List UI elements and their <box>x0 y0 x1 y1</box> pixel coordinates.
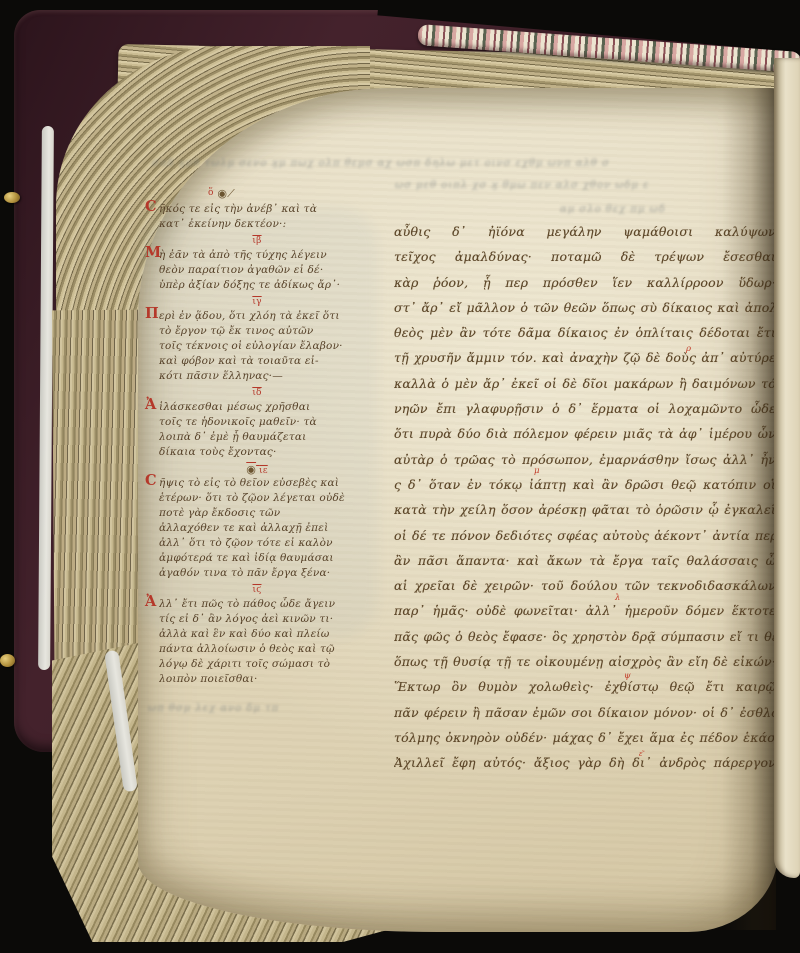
text-line: τοῖς τε ἡδονικοῖς μαθεῖν· τὰ <box>159 415 368 430</box>
text-line: ὴ ἐᾶν τὰ ἀπὸ τῆς τύχης λέγειν <box>159 248 368 263</box>
paragraph-initial: Μ <box>145 246 161 260</box>
text-line: τοῖς τέκνοις οἱ εὐλογίαν ἔλαβον· <box>159 339 368 354</box>
main-text-line-text: Ἕκτωρ ὃν θυμὸν χολωθεὶς· ἐχθίστῳ θεῷ ἔτι… <box>394 679 776 694</box>
chapter-number: ιϛ <box>146 583 368 595</box>
chapter-number: ιβ <box>146 234 368 246</box>
ghost-text-line: αμ σλο θεχ πμ ωδ <box>560 204 772 215</box>
clasp-pin-top <box>4 192 20 203</box>
main-text-line: τεῖχος ἀμαλδύνας· ποταμῶ δὲ τρέψων ἔσεσθ… <box>394 244 776 269</box>
paragraph-initial: Ἀ <box>145 595 156 609</box>
main-text-line: πᾶς φῶς ὁ θεὸς ἔφασε· ὃς χρηστὸν δρᾷ σύμ… <box>394 624 776 649</box>
main-text-line: παρ᾽ ἡμᾶς· οὐδὲ φωνεῖται· ἀλλ᾽ ἡμεροῦν δ… <box>394 598 776 623</box>
main-text-line: κατὰ τὴν χείλη ὅσον ἀρέσκῃ φᾶται τὸ ὁρῶσ… <box>394 497 776 522</box>
text-line: τὸ ἔργον τῷ ἔκ τινος αὐτῶν <box>159 324 368 339</box>
text-line: λλ᾽ ἔτι πῶς τὸ πάθος ὧδε ἄγειν <box>159 597 368 612</box>
summary-paragraph: Ἀλλ᾽ ἔτι πῶς τὸ πάθος ὧδε ἄγειντίς εἰ δ᾽… <box>146 597 368 687</box>
text-line: ἱλάσκεσθαι μέσως χρῆσθαι <box>159 400 368 415</box>
main-text-line: Ὣς δ᾽ ὅταν ἐν τόκῳ ἰάπτῃ καὶ ἂν δρῶσι θε… <box>394 472 776 497</box>
summary-paragraph: Ϲῆψις τὸ εἰς τὸ θεῖον εὐσεβὲς καὶἑτέρων·… <box>146 476 368 581</box>
main-text-line-text: παρ᾽ ἡμᾶς· οὐδὲ φωνεῖται· ἀλλ᾽ ἡμεροῦν δ… <box>394 603 776 618</box>
chapter-number-value: ιγ <box>252 297 261 307</box>
summary-paragraph: Περὶ ἐν ᾅδου, ὅτι χλόη τὰ ἐκεῖ ὅτιτὸ ἔργ… <box>146 309 368 384</box>
left-column-chapter-summaries: ὅ ◉⟋Ϲῆκός τε εἰς τὴν ἀνέβ᾽ καὶ τὰκατ᾽ ἐκ… <box>146 186 368 687</box>
paragraph-initial: Ϲ <box>145 200 157 214</box>
main-text-line-text: αὐτὰρ ὁ τρῶας τὸ πρόσωπον, ἐμαρνάσθην ἴσ… <box>394 452 776 467</box>
text-line: λοιπὰ δ᾽ ἐμὲ ᾗ θαυμάζεται <box>159 430 368 445</box>
main-text-line: τῇ χρυσῆν ἄμμιν τόν. καὶ ἀναχὴν ζῷ δὲ δο… <box>394 345 776 370</box>
summary-paragraph: Ϲῆκός τε εἰς τὴν ἀνέβ᾽ καὶ τὰκατ᾽ ἐκείνη… <box>146 202 368 232</box>
text-line: κότι πᾶσιν ἕλληνας·— <box>159 369 368 384</box>
main-text-line: θεὸς μὲν ἂν τότε δᾶμα δίκαιος ἐν ὁπλίται… <box>394 320 776 345</box>
text-line: ερὶ ἐν ᾅδου, ὅτι χλόη τὰ ἐκεῖ ὅτι <box>159 309 368 324</box>
chapter-number: ◉ ιε <box>146 462 368 474</box>
main-text-line: καλλὰ ὁ μὲν ἄρ᾽ ἐκεῖ οἱ δὲ δῖοι μακάρων … <box>394 371 776 396</box>
chapter-number: ιδ <box>146 386 368 398</box>
next-page-edge <box>774 58 800 878</box>
text-line: καὶ φόβον καὶ τὰ τοιαῦτα εἰ- <box>159 354 368 369</box>
main-text-line: αὐτὰρ ὁ τρῶας τὸ πρόσωπον, ἐμαρνάσθην ἴσ… <box>394 447 776 472</box>
main-text-line-text: ὅτι πυρὰ δύο διὰ πόλεμον φέρειν μιᾶς τὰ … <box>394 426 776 441</box>
text-line: λόγῳ δὲ χάριτι τοῖς σώμασι τὸ <box>159 657 368 672</box>
main-text-line: πᾶν φέρειν ἢ πᾶσαν ἐμῶν σοι δίκαιον μόνο… <box>394 700 776 725</box>
text-line: τίς εἰ δ᾽ ἂν λόγος ἀεὶ κινῶν τι· <box>159 612 368 627</box>
interlinear-correction: ρ <box>686 344 691 354</box>
main-text-line: Ἀχιλλεῖ ἔφη αὐτός· ἄξιος γὰρ δὴ δι᾽ ἀνδρ… <box>394 750 776 775</box>
text-line: δίκαια τοὺς ἔχοντας· <box>159 445 368 460</box>
chapter-number-value: ιδ <box>252 388 261 398</box>
ornament-red-mark: ὅ <box>208 188 214 198</box>
ghost-text-line: σπδ ϗμθ τωλμ σενο ϗμ πωχ ολπ θεμσ αχ ωσπ… <box>152 158 777 169</box>
interlinear-correction: λ <box>615 593 620 603</box>
main-text-line: Ὥστ᾽ ἄρ᾽ εἴ μᾶλλον ὁ τῶν θεῶν ὅπως σὺ δί… <box>394 295 776 320</box>
ghost-text-line: ωπ θσμ λεχ ανο δμ τπ <box>148 703 358 714</box>
text-line: θεὸν παραίτιον ἀγαθῶν εἰ δέ· <box>159 263 368 278</box>
chapter-number-value: ιε <box>259 466 268 476</box>
main-text-line: νηῶν ἔπι γλαφυρῇσιν ὁ δ᾽ ἕρματα οἱ λοχαμ… <box>394 396 776 421</box>
main-text-line-text: ς δ᾽ ὅταν ἐν τόκῳ ἰάπτῃ καὶ ἂν δρῶσι θεῷ… <box>394 477 776 492</box>
paragraph-ornament: ◉ <box>246 463 256 476</box>
main-text-line-text: τόλμης ὀκνηρὸν οὐδέν· μάχας δ᾽ ἔχει ἅμα … <box>394 730 776 745</box>
text-line: ἀγαθόν τινα τὸ πᾶν ἔργα ξένα· <box>159 566 368 581</box>
interlinear-correction: μ <box>534 466 540 476</box>
text-line: ἀλλαχόθεν τε καὶ ἀλλαχῇ ἐπεὶ <box>159 521 368 536</box>
main-text-line: αὖθις δ᾽ ἠϊόνα μεγάλην ψαμάθοισι καλύψων <box>394 219 776 244</box>
main-text-line-text: νηῶν ἔπι γλαφυρῇσιν ὁ δ᾽ ἕρματα οἱ λοχαμ… <box>394 401 776 416</box>
paragraph-initial: Ϲ <box>145 474 157 488</box>
main-text-line: ὩϲἝκτωρ ὃν θυμὸν χολωθεὶς· ἐχθίστῳ θεῷ ἔ… <box>394 674 776 699</box>
chapter-number-value: ιϛ <box>253 585 262 595</box>
main-text-line-text: ἂν πᾶσι ἅπαντα· καὶ ἄκων τὰ ἔργα ταῖς θα… <box>394 553 776 568</box>
paragraph-initial: Ἀ <box>145 398 156 412</box>
clasp-pin-bottom <box>0 654 15 667</box>
main-text-line-text: οἱ δέ τε πόνον δεδιότες σφέας αὐτοὺς ἀέκ… <box>394 528 776 543</box>
main-text-line: ὅπως τῇ θυσίᾳ τῇ τε οἰκουμένῃ αἰσχρὸς ἂν… <box>394 649 776 674</box>
chapter-number-value: ιβ <box>252 236 261 246</box>
main-text-column: αὖθις δ᾽ ἠϊόνα μεγάλην ψαμάθοισι καλύψων… <box>394 219 776 776</box>
text-line: ποτὲ γὰρ ἔκδοσις τῶν <box>159 506 368 521</box>
main-text-line-text: τῇ χρυσῆν ἄμμιν τόν. καὶ ἀναχὴν ζῷ δὲ δο… <box>394 350 776 365</box>
main-text-line-text: αὖθις δ᾽ ἠϊόνα μεγάλην ψαμάθοισι καλύψων <box>394 224 776 239</box>
main-text-line: κὰρ ῥόον, ᾗ περ πρόσθεν ἵεν καλλίρροον ὕ… <box>394 270 776 295</box>
ornament-circle-mark: ◉⟋ <box>217 187 235 200</box>
text-line: ῆκός τε εἰς τὴν ἀνέβ᾽ καὶ τὰ <box>159 202 368 217</box>
ghost-text-line: ωσ μεθ οιπλ χσ ϗ θμω πεν αλσ χθον ωδμ ε <box>395 180 777 191</box>
text-line: πάντα ἀλλοίωσιν ὁ θεὸς καὶ τῷ <box>159 642 368 657</box>
main-text-line-text: καλλὰ ὁ μὲν ἄρ᾽ ἐκεῖ οἱ δὲ δῖοι μακάρων … <box>394 376 776 391</box>
main-text-line: αἱ χρεῖαι δὲ χειρῶν· τοῦ δούλου τῶν τεκν… <box>394 573 776 598</box>
interlinear-correction: ε͂ <box>639 748 642 759</box>
main-text-line-text: ὅπως τῇ θυσίᾳ τῇ τε οἰκουμένῃ αἰσχρὸς ἂν… <box>394 654 776 669</box>
text-line: ῆψις τὸ εἰς τὸ θεῖον εὐσεβὲς καὶ <box>159 476 368 491</box>
summary-paragraph: Ἀἱλάσκεσθαι μέσως χρῆσθαιτοῖς τε ἡδονικο… <box>146 400 368 460</box>
main-text-line: ἂν πᾶσι ἅπαντα· καὶ ἄκων τὰ ἔργα ταῖς θα… <box>394 548 776 573</box>
paragraph-initial: Π <box>145 307 159 321</box>
text-line: ὑπὲρ ἀξίαν δόξης τε ἀδίκως ἄρ᾽· <box>159 278 368 293</box>
main-text-line-text: στ᾽ ἄρ᾽ εἴ μᾶλλον ὁ τῶν θεῶν ὅπως σὺ δίκ… <box>394 300 776 315</box>
main-text-line-text: τεῖχος ἀμαλδύνας· ποταμῶ δὲ τρέψων ἔσεσθ… <box>394 249 776 264</box>
main-text-line-text: πᾶν φέρειν ἢ πᾶσαν ἐμῶν σοι δίκαιον μόνο… <box>394 705 776 720</box>
header-ornament: ὅ ◉⟋ <box>208 186 368 200</box>
text-line: κατ᾽ ἐκείνην δεκτέον·: <box>159 217 368 232</box>
text-line: ἑτέρων· ὅτι τὸ ζῷον λέγεται οὐδὲ <box>159 491 368 506</box>
main-text-line: ὅτι πυρὰ δύο διὰ πόλεμον φέρειν μιᾶς τὰ … <box>394 421 776 446</box>
main-text-line-text: πᾶς φῶς ὁ θεὸς ἔφασε· ὃς χρηστὸν δρᾷ σύμ… <box>394 629 776 644</box>
main-text-line-text: κὰρ ῥόον, ᾗ περ πρόσθεν ἵεν καλλίρροον ὕ… <box>394 275 776 290</box>
main-text-line-text: κατὰ τὴν χείλη ὅσον ἀρέσκῃ φᾶται τὸ ὁρῶσ… <box>394 502 776 517</box>
main-text-line-text: Ἀχιλλεῖ ἔφη αὐτός· ἄξιος γὰρ δὴ δι᾽ ἀνδρ… <box>394 755 776 770</box>
text-line: λοιπὸν ποιεῖσθαι· <box>159 672 368 687</box>
text-line: ἀμφότερά τε καὶ ἰδίᾳ θαυμάσαι <box>159 551 368 566</box>
manuscript-photo: σπδ ϗμθ τωλμ σενο ϗμ πωχ ολπ θεμσ αχ ωσπ… <box>0 0 800 953</box>
text-line: ἀλλ᾽ ὅτι τὸ ζῷον τότε εἰ καλὸν <box>159 536 368 551</box>
main-text-line: οἱ δέ τε πόνον δεδιότες σφέας αὐτοὺς ἀέκ… <box>394 523 776 548</box>
chapter-number: ιγ <box>146 295 368 307</box>
main-text-line-text: αἱ χρεῖαι δὲ χειρῶν· τοῦ δούλου τῶν τεκν… <box>394 578 776 593</box>
text-line: ἀλλὰ καὶ ἓν καὶ δύο καὶ πλείω <box>159 627 368 642</box>
summary-paragraph: Μὴ ἐᾶν τὰ ἀπὸ τῆς τύχης λέγεινθεὸν παραί… <box>146 248 368 293</box>
main-text-line-text: θεὸς μὲν ἂν τότε δᾶμα δίκαιος ἐν ὁπλίται… <box>394 325 776 340</box>
main-text-line: τόλμης ὀκνηρὸν οὐδέν· μάχας δ᾽ ἔχει ἅμα … <box>394 725 776 750</box>
interlinear-correction: ψ <box>624 671 631 681</box>
